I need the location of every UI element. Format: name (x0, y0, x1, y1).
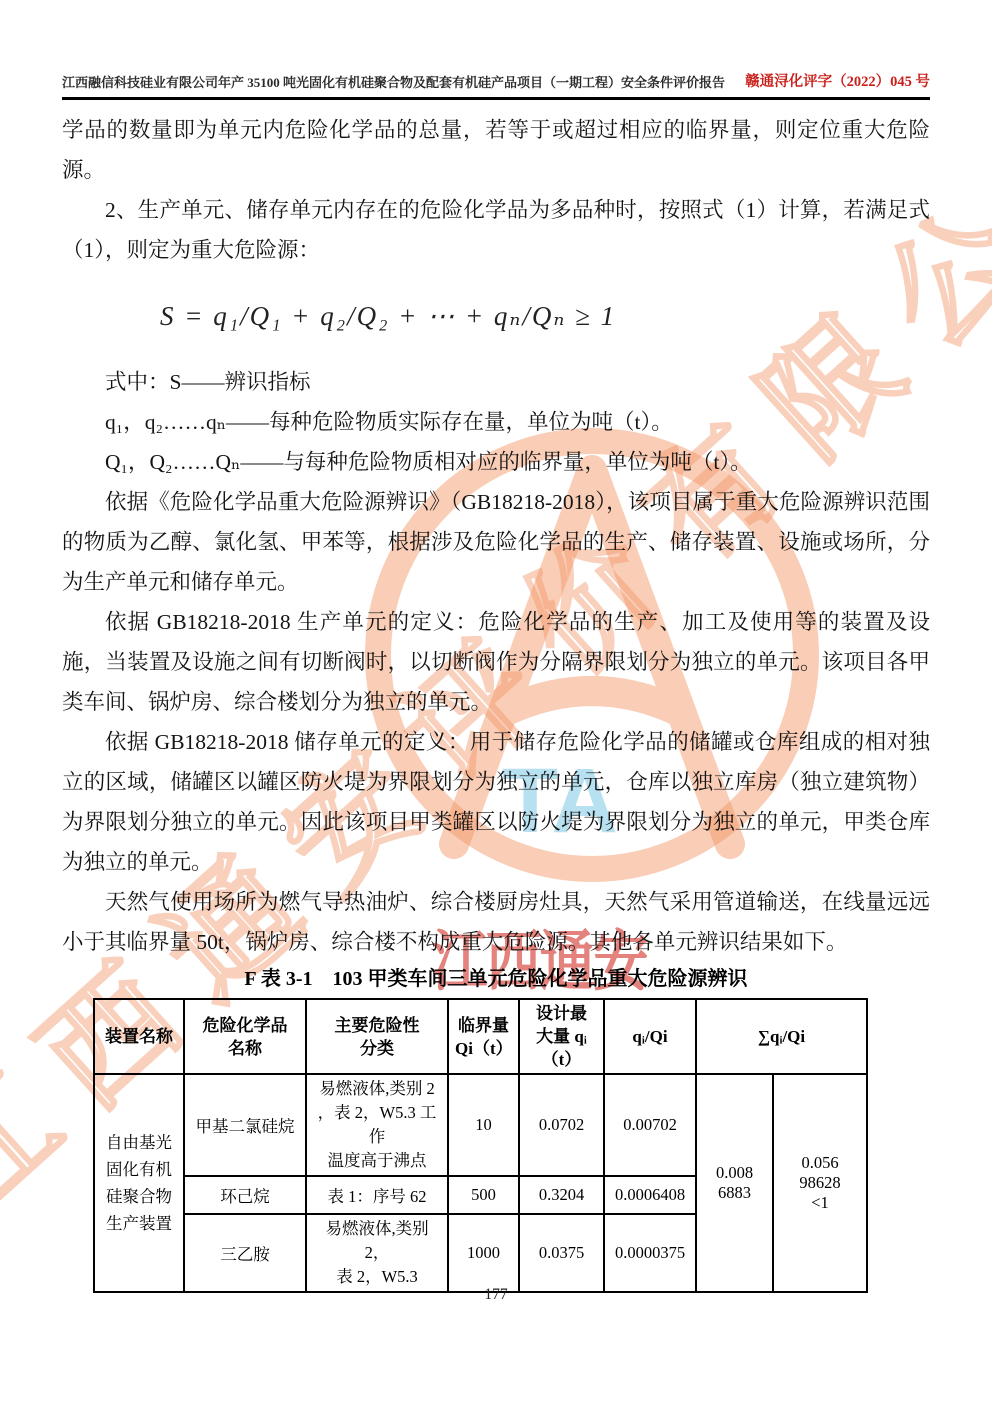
cell-critical-qty: 1000 (448, 1214, 519, 1292)
cell-sum-total: 0.056 98628 <1 (773, 1074, 867, 1292)
cell-critical-qty: 10 (448, 1074, 519, 1176)
report-title: 江西融信科技硅业有限公司年产 35100 吨光固化有机硅聚合物及配套有机硅产品项… (62, 72, 725, 91)
cell-chemical-name: 环己烷 (184, 1176, 306, 1214)
cell-design-max: 0.3204 (519, 1176, 604, 1214)
cell-critical-qty: 500 (448, 1176, 519, 1214)
table-row: 自由基光 固化有机 硅聚合物 生产装置 甲基二氯硅烷 易燃液体,类别 2 ，表 … (94, 1074, 867, 1176)
col-header-critical-qty: 临界量 Qi（t） (448, 999, 519, 1074)
page-body: 学品的数量即为单元内危险化学品的总量，若等于或超过相应的临界量，则定位重大危险源… (62, 110, 930, 1293)
cell-chemical-name: 三乙胺 (184, 1214, 306, 1292)
cell-design-max: 0.0702 (519, 1074, 604, 1176)
col-header-chemical: 危险化学品 名称 (184, 999, 306, 1074)
hazard-identification-table: 装置名称 危险化学品 名称 主要危险性 分类 临界量 Qi（t） 设计最 大量 … (93, 998, 868, 1293)
paragraph-multi-species-rule: 2、生产单元、储存单元内存在的危险化学品为多品种时，按照式（1）计算，若满足式（… (62, 190, 930, 270)
cell-ratio: 0.00702 (604, 1074, 696, 1176)
formula-legend-q-lower: q₁，q₂……qₙ——每种危险物质实际存在量，单位为吨（t）。 (62, 402, 930, 442)
table-header-row: 装置名称 危险化学品 名称 主要危险性 分类 临界量 Qi（t） 设计最 大量 … (94, 999, 867, 1074)
col-header-hazard-class: 主要危险性 分类 (306, 999, 448, 1074)
paragraph-continuation: 学品的数量即为单元内危险化学品的总量，若等于或超过相应的临界量，则定位重大危险源… (62, 110, 930, 190)
document-page: 江西通安评价有限公司 TA 江西通安 江西融信科技硅业有限公司年产 35100 … (0, 0, 992, 1403)
document-number: 赣通浔化评字（2022）045 号 (745, 70, 930, 91)
cell-ratio: 0.0006408 (604, 1176, 696, 1214)
table-title: F 表 3-1 103 甲类车间三单元危险化学品重大危险源辨识 (62, 964, 930, 994)
cell-chemical-name: 甲基二氯硅烷 (184, 1074, 306, 1176)
paragraph-gb18218-scope: 依据《危险化学品重大危险源辨识》（GB18218-2018），该项目属于重大危险… (62, 482, 930, 602)
formula-legend-q-upper: Q₁，Q₂……Qₙ——与每种危险物质相对应的临界量，单位为吨（t）。 (62, 442, 930, 482)
cell-device-name: 自由基光 固化有机 硅聚合物 生产装置 (94, 1074, 184, 1292)
col-header-sum-ratio: ∑qᵢ/Qi (696, 999, 867, 1074)
cell-sum-partial: 0.008 6883 (696, 1074, 773, 1292)
formula-legend-s: 式中：S——辨识指标 (62, 362, 930, 402)
paragraph-natural-gas: 天然气使用场所为燃气导热油炉、综合楼厨房灶具，天然气采用管道输送，在线量远远小于… (62, 882, 930, 962)
page-number: 177 (0, 1286, 992, 1304)
cell-ratio: 0.0000375 (604, 1214, 696, 1292)
cell-hazard-class: 易燃液体,类别 2， 表 2，W5.3 (306, 1214, 448, 1292)
paragraph-production-unit-definition: 依据 GB18218-2018 生产单元的定义：危险化学品的生产、加工及使用等的… (62, 602, 930, 722)
col-header-ratio: qᵢ/Qi (604, 999, 696, 1074)
cell-design-max: 0.0375 (519, 1214, 604, 1292)
identification-formula: S = q₁/Q₁ + q₂/Q₂ + ⋯ + qₙ/Qₙ ≥ 1 (62, 270, 930, 362)
paragraph-storage-unit-definition: 依据 GB18218-2018 储存单元的定义：用于储存危险化学品的储罐或仓库组… (62, 722, 930, 882)
col-header-device: 装置名称 (94, 999, 184, 1074)
page-header: 江西融信科技硅业有限公司年产 35100 吨光固化有机硅聚合物及配套有机硅产品项… (62, 70, 930, 100)
col-header-design-max: 设计最 大量 qᵢ （t） (519, 999, 604, 1074)
cell-hazard-class: 易燃液体,类别 2 ，表 2，W5.3 工作 温度高于沸点 (306, 1074, 448, 1176)
cell-hazard-class: 表 1：序号 62 (306, 1176, 448, 1214)
